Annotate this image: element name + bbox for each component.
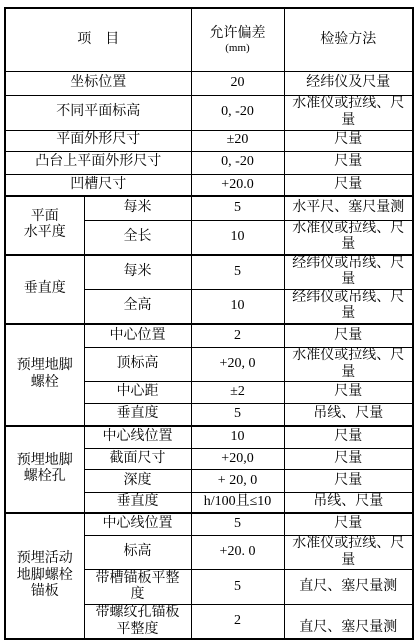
table-row: 平面外形尺寸 ±20 尺量 [5, 130, 413, 151]
method-cell: 吊线、尺量 [284, 404, 413, 426]
table-row: 凹槽尺寸 +20.0 尺量 [5, 174, 413, 196]
table-row: 预埋地脚 螺栓孔 中心线位置 10 尺量 [5, 426, 413, 449]
item-cell: 垂直度 [84, 493, 191, 513]
table-row: 平面 水平度 每米 5 水平尺、塞尺量测 [5, 196, 413, 220]
method-cell: 经纬仪或吊线、尺量 [284, 255, 413, 290]
table-row: 坐标位置 20 经纬仪及尺量 [5, 71, 413, 95]
method-cell: 经纬仪及尺量 [284, 71, 413, 95]
header-deviation-label: 允许偏差 (mm) [191, 8, 284, 71]
deviation-cell: 2 [191, 324, 284, 348]
item-cell: 顶标高 [84, 348, 191, 382]
deviation-cell: +20,0 [191, 449, 284, 470]
item-cell: 标高 [84, 536, 191, 570]
deviation-cell: 5 [191, 404, 284, 426]
method-cell: 尺量 [284, 426, 413, 449]
method-cell: 尺量 [284, 382, 413, 404]
deviation-unit: (mm) [194, 43, 282, 54]
table-row: 垂直度 每米 5 经纬仪或吊线、尺量 [5, 255, 413, 290]
method-cell: 直尺、塞尺量测 [284, 570, 413, 605]
header-method-label: 检验方法 [284, 8, 413, 71]
method-cell: 水平尺、塞尺量测 [284, 196, 413, 220]
deviation-cell: 0, -20 [191, 95, 284, 130]
deviation-cell: 10 [191, 426, 284, 449]
deviation-cell: 5 [191, 513, 284, 536]
table-row: 预埋地脚 螺栓 中心位置 2 尺量 [5, 324, 413, 348]
deviation-cell: 2 [191, 605, 284, 640]
deviation-cell: + 20, 0 [191, 470, 284, 493]
deviation-cell: 5 [191, 196, 284, 220]
deviation-cell: 10 [191, 220, 284, 255]
item-cell: 中心线位置 [84, 513, 191, 536]
method-cell: 吊线、尺量 [284, 493, 413, 513]
method-cell: 尺量 [284, 130, 413, 151]
group-plane-levelness-label: 平面 水平度 [5, 196, 84, 255]
method-cell: 直尺、塞尺量测 [284, 605, 413, 640]
table-row: 凸台上平面外形尺寸 0, -20 尺量 [5, 151, 413, 174]
method-cell: 尺量 [284, 174, 413, 196]
deviation-cell: 5 [191, 570, 284, 605]
deviation-cell: ±20 [191, 130, 284, 151]
group-anchor-bolt-hole-label: 预埋地脚 螺栓孔 [5, 426, 84, 513]
group-anchor-bolt-label: 预埋地脚 螺栓 [5, 324, 84, 426]
deviation-cell: 0, -20 [191, 151, 284, 174]
item-cell: 每米 [84, 255, 191, 290]
group-anchor-plate-label: 预埋活动 地脚螺栓 锚板 [5, 513, 84, 640]
deviation-cell: 5 [191, 255, 284, 290]
item-cell: 坐标位置 [5, 71, 191, 95]
item-cell: 全高 [84, 289, 191, 324]
method-cell: 水准仪或拉线、尺量 [284, 348, 413, 382]
item-cell: 全长 [84, 220, 191, 255]
item-cell: 深度 [84, 470, 191, 493]
item-cell: 中心线位置 [84, 426, 191, 449]
item-cell: 垂直度 [84, 404, 191, 426]
method-cell: 尺量 [284, 151, 413, 174]
method-cell: 水准仪或拉线、尺量 [284, 220, 413, 255]
header-item-label: 项 目 [5, 8, 191, 71]
group-verticality-label: 垂直度 [5, 255, 84, 324]
item-cell: 每米 [84, 196, 191, 220]
method-cell: 尺量 [284, 449, 413, 470]
item-cell: 凹槽尺寸 [5, 174, 191, 196]
deviation-cell: +20.0 [191, 174, 284, 196]
table-row: 预埋活动 地脚螺栓 锚板 中心线位置 5 尺量 [5, 513, 413, 536]
item-cell: 平面外形尺寸 [5, 130, 191, 151]
deviation-cell: 20 [191, 71, 284, 95]
deviation-cell: 10 [191, 289, 284, 324]
item-cell: 截面尺寸 [84, 449, 191, 470]
method-cell: 尺量 [284, 324, 413, 348]
page: { "table": { "header": { "item": "项 目", … [0, 0, 420, 600]
deviation-title: 允许偏差 [210, 26, 266, 41]
item-cell: 带槽锚板平整 度 [84, 570, 191, 605]
header-row: 项 目 允许偏差 (mm) 检验方法 [5, 8, 413, 71]
table-row: 不同平面标高 0, -20 水准仪或拉线、尺量 [5, 95, 413, 130]
method-cell: 水准仪或拉线、尺量 [284, 536, 413, 570]
deviation-cell: h/100且≤10 [191, 493, 284, 513]
item-cell: 中心位置 [84, 324, 191, 348]
deviation-cell: ±2 [191, 382, 284, 404]
deviation-cell: +20. 0 [191, 536, 284, 570]
item-cell: 中心距 [84, 382, 191, 404]
deviation-cell: +20, 0 [191, 348, 284, 382]
method-cell: 经纬仪或吊线、尺量 [284, 289, 413, 324]
item-cell: 不同平面标高 [5, 95, 191, 130]
method-cell: 尺量 [284, 513, 413, 536]
method-cell: 水准仪或拉线、尺量 [284, 95, 413, 130]
item-cell: 带螺纹孔锚板 平整度 [84, 605, 191, 640]
tolerance-table: 项 目 允许偏差 (mm) 检验方法 坐标位置 20 经纬仪及尺量 不同平面标高… [4, 7, 414, 640]
method-cell: 尺量 [284, 470, 413, 493]
item-cell: 凸台上平面外形尺寸 [5, 151, 191, 174]
